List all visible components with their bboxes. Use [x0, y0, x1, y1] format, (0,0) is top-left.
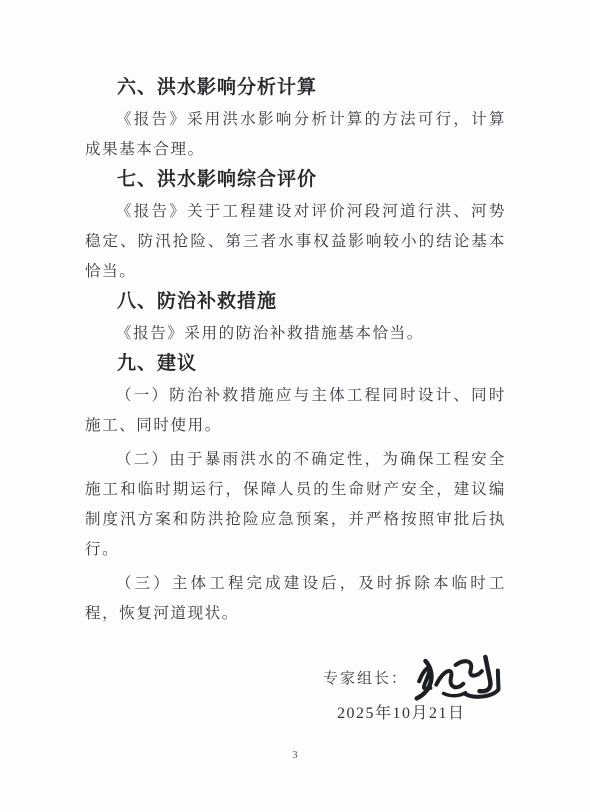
document-body: 六、洪水影响分析计算 《报告》采用洪水影响分析计算的方法可行，计算成果基本合理。…: [85, 73, 506, 629]
paragraph: 《报告》采用洪水影响分析计算的方法可行，计算成果基本合理。: [85, 105, 506, 165]
signoff-date: 2025年10月21日: [337, 700, 502, 723]
paragraph: （二）由于暴雨洪水的不确定性，为确保工程安全施工和临时期运行，保障人员的生命财产…: [85, 445, 506, 565]
section-heading: 七、洪水影响综合评价: [85, 165, 506, 195]
section-recommendations: 九、建议 （一）防治补救措施应与主体工程同时设计、同时施工、同时使用。 （二）由…: [85, 349, 506, 629]
page-number: 3: [0, 750, 590, 761]
paragraph: （一）防治补救措施应与主体工程同时设计、同时施工、同时使用。: [85, 381, 506, 441]
handwritten-signature-icon: [409, 648, 503, 703]
section-remedial-measures: 八、防治补救措施 《报告》采用的防治补救措施基本恰当。: [85, 287, 506, 349]
section-flood-analysis: 六、洪水影响分析计算 《报告》采用洪水影响分析计算的方法可行，计算成果基本合理。: [85, 73, 506, 165]
section-heading: 六、洪水影响分析计算: [85, 73, 506, 103]
section-heading: 八、防治补救措施: [85, 287, 506, 317]
signoff-block: 专家组长： 2025年10月21日: [323, 650, 502, 723]
signoff-label: 专家组长：: [323, 664, 408, 694]
section-comprehensive-evaluation: 七、洪水影响综合评价 《报告》关于工程建设对评价河段河道行洪、河势稳定、防汛抢险…: [85, 165, 506, 287]
document-page: 六、洪水影响分析计算 《报告》采用洪水影响分析计算的方法可行，计算成果基本合理。…: [0, 0, 590, 812]
paragraph: 《报告》采用的防治补救措施基本恰当。: [85, 319, 506, 349]
section-heading: 九、建议: [85, 349, 506, 379]
paragraph: （三）主体工程完成建设后，及时拆除本临时工程，恢复河道现状。: [85, 569, 506, 629]
paragraph: 《报告》关于工程建设对评价河段河道行洪、河势稳定、防汛抢险、第三者水事权益影响较…: [85, 197, 506, 287]
